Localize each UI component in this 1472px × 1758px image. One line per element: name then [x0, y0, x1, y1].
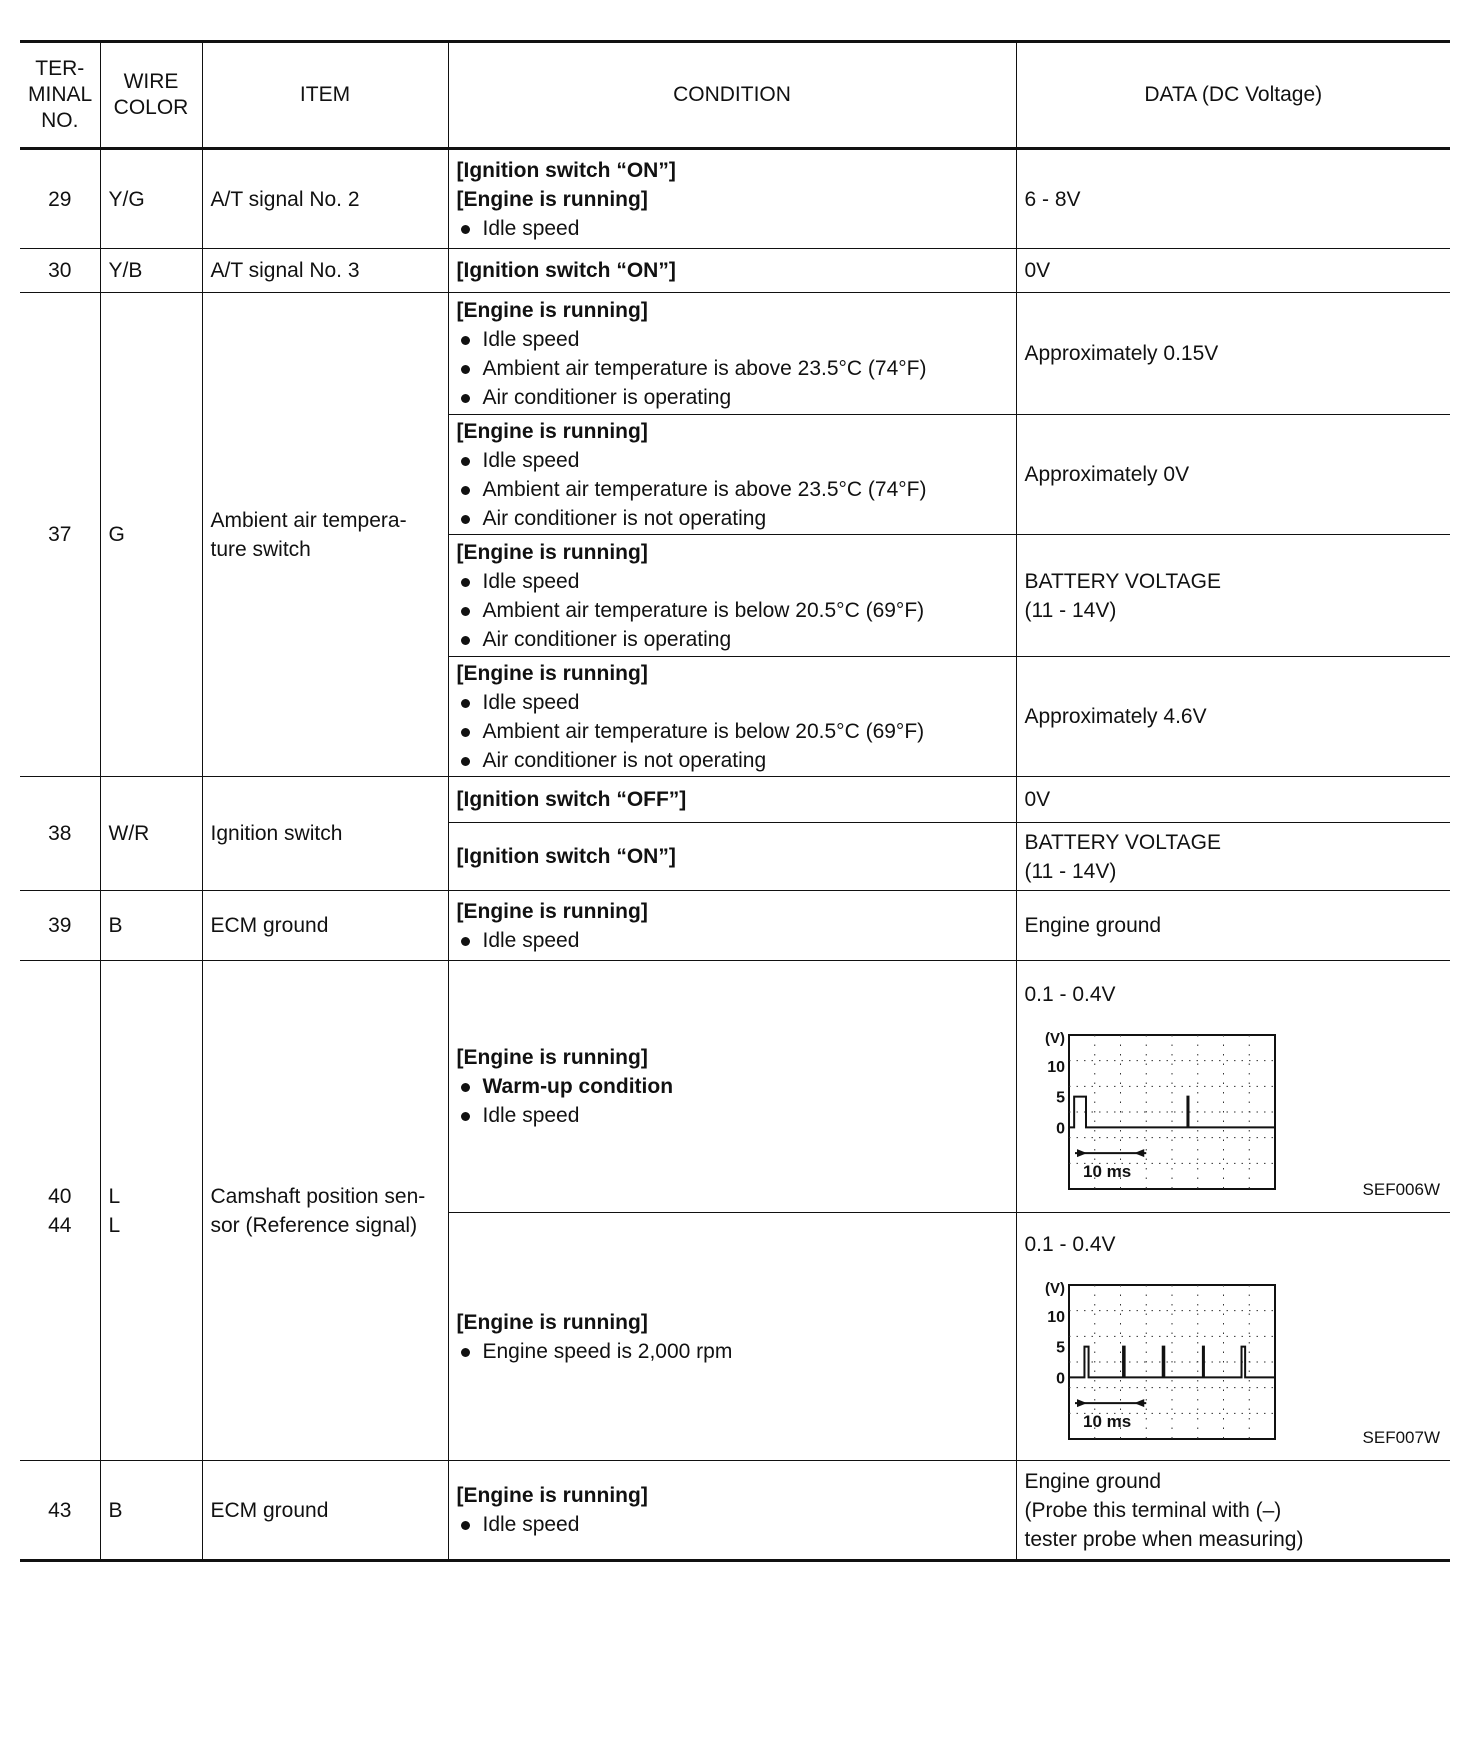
condition-heading: [Engine is running] — [457, 185, 1008, 214]
condition-bullet: Idle speed — [457, 1510, 1008, 1539]
header-data: DATA (DC Voltage) — [1016, 42, 1450, 149]
condition-cell: [Engine is running]Warm-up conditionIdle… — [448, 961, 1016, 1213]
svg-text:10 ms: 10 ms — [1083, 1412, 1131, 1431]
terminal-no-cell: 38 — [20, 777, 100, 891]
item-name: sor (Reference signal) — [211, 1214, 418, 1237]
condition-bullet: Ambient air temperature is below 20.5°C … — [457, 596, 1008, 625]
voltage-value: (11 - 14V) — [1025, 599, 1117, 622]
condition-bullet: Ambient air temperature is above 23.5°C … — [457, 475, 1008, 504]
condition-bullet: Idle speed — [457, 214, 1008, 243]
condition-cell: [Engine is running]Idle speedAmbient air… — [448, 657, 1016, 777]
data-voltage-cell: Approximately 4.6V — [1016, 657, 1450, 777]
voltage-value: 0.1 - 0.4V — [1025, 1230, 1443, 1259]
condition-heading: [Ignition switch “ON”] — [457, 842, 1008, 871]
data-voltage-cell: Engine ground(Probe this terminal with (… — [1016, 1461, 1450, 1561]
table-row: 43BECM ground[Engine is running]Idle spe… — [20, 1461, 1450, 1561]
data-voltage-cell: 0V — [1016, 777, 1450, 823]
condition-bullets: Idle speedAmbient air temperature is bel… — [457, 688, 1008, 775]
voltage-value: (11 - 14V) — [1025, 860, 1117, 883]
condition-cell: [Engine is running]Idle speedAmbient air… — [448, 293, 1016, 415]
item-cell: Ambient air tempera-ture switch — [202, 293, 448, 777]
voltage-value: BATTERY VOLTAGE — [1025, 570, 1221, 593]
condition-bullets: Idle speed — [457, 926, 1008, 955]
wire-color-cell: B — [100, 891, 202, 961]
header-terminal-line: TER- — [35, 57, 84, 80]
voltage-value: tester probe when measuring) — [1025, 1528, 1304, 1551]
table-row: 39BECM ground[Engine is running]Idle spe… — [20, 891, 1450, 961]
condition-bullet: Air conditioner is not operating — [457, 504, 1008, 533]
data-voltage-cell: 0.1 - 0.4V(V)105010 msSEF006W — [1016, 961, 1450, 1213]
terminal-no: 44 — [48, 1214, 71, 1237]
voltage-value: 0.1 - 0.4V — [1025, 980, 1443, 1009]
condition-cell: [Engine is running]Idle speed — [448, 1461, 1016, 1561]
terminal-no-cell: 39 — [20, 891, 100, 961]
item-cell: Camshaft position sen-sor (Reference sig… — [202, 961, 448, 1461]
condition-cell: [Ignition switch “ON”] — [448, 823, 1016, 891]
data-voltage-cell: Approximately 0.15V — [1016, 293, 1450, 415]
svg-text:10 ms: 10 ms — [1083, 1162, 1131, 1181]
condition-bullet: Idle speed — [457, 688, 1008, 717]
svg-text:(V): (V) — [1045, 1280, 1065, 1297]
header-terminal-line: NO. — [41, 109, 78, 132]
condition-heading: [Engine is running] — [457, 1481, 1008, 1510]
header-wire-line: WIRE — [124, 70, 179, 93]
header-wire-color: WIRE COLOR — [100, 42, 202, 149]
condition-bullets: Engine speed is 2,000 rpm — [457, 1337, 1008, 1366]
condition-bullet: Engine speed is 2,000 rpm — [457, 1337, 1008, 1366]
wire-color-cell: G — [100, 293, 202, 777]
item-cell: ECM ground — [202, 1461, 448, 1561]
table-row: 29Y/GA/T signal No. 2[Ignition switch “O… — [20, 149, 1450, 249]
svg-text:0: 0 — [1056, 1370, 1065, 1387]
condition-bullets: Idle speedAmbient air temperature is abo… — [457, 446, 1008, 533]
svg-text:10: 10 — [1047, 1309, 1065, 1326]
svg-text:(V): (V) — [1045, 1030, 1065, 1047]
voltage-value: Engine ground — [1025, 1470, 1162, 1493]
oscilloscope-waveform: (V)105010 ms — [1025, 1267, 1285, 1443]
header-wire-line: COLOR — [114, 96, 189, 119]
figure-code: SEF006W — [1363, 1175, 1440, 1204]
voltage-value: (Probe this terminal with (–) — [1025, 1499, 1282, 1522]
condition-heading: [Engine is running] — [457, 659, 1008, 688]
header-item: ITEM — [202, 42, 448, 149]
condition-bullet: Idle speed — [457, 926, 1008, 955]
condition-heading: [Engine is running] — [457, 1308, 1008, 1337]
condition-cell: [Engine is running]Engine speed is 2,000… — [448, 1213, 1016, 1461]
condition-cell: [Engine is running]Idle speedAmbient air… — [448, 415, 1016, 535]
svg-text:0: 0 — [1056, 1120, 1065, 1137]
condition-heading: [Engine is running] — [457, 1043, 1008, 1072]
condition-bullet: Air conditioner is not operating — [457, 746, 1008, 775]
condition-cell: [Engine is running]Idle speed — [448, 891, 1016, 961]
condition-heading: [Engine is running] — [457, 538, 1008, 567]
wire-color-cell: W/R — [100, 777, 202, 891]
condition-cell: [Ignition switch “ON”] — [448, 249, 1016, 293]
item-cell: A/T signal No. 3 — [202, 249, 448, 293]
condition-cell: [Ignition switch “ON”][Engine is running… — [448, 149, 1016, 249]
wire-color: L — [109, 1214, 121, 1237]
condition-heading: [Ignition switch “ON”] — [457, 256, 1008, 285]
condition-heading: [Engine is running] — [457, 417, 1008, 446]
condition-bullet: Idle speed — [457, 446, 1008, 475]
condition-heading: [Engine is running] — [457, 296, 1008, 325]
wire-color: L — [109, 1185, 121, 1208]
condition-bullet: Warm-up condition — [457, 1072, 1008, 1101]
data-voltage-cell: BATTERY VOLTAGE(11 - 14V) — [1016, 535, 1450, 657]
item-name: ture switch — [211, 538, 311, 561]
terminal-no-cell: 29 — [20, 149, 100, 249]
item-name: Camshaft position sen- — [211, 1185, 426, 1208]
data-voltage-cell: BATTERY VOLTAGE(11 - 14V) — [1016, 823, 1450, 891]
svg-text:5: 5 — [1056, 1340, 1065, 1357]
wire-color-cell: Y/G — [100, 149, 202, 249]
condition-cell: [Engine is running]Idle speedAmbient air… — [448, 535, 1016, 657]
terminal-no-cell: 30 — [20, 249, 100, 293]
condition-bullets: Idle speed — [457, 214, 1008, 243]
condition-bullets: Warm-up conditionIdle speed — [457, 1072, 1008, 1130]
condition-bullet: Idle speed — [457, 325, 1008, 354]
terminal-no-cell: 4044 — [20, 961, 100, 1461]
item-name: Ambient air tempera- — [211, 509, 407, 532]
terminal-no: 40 — [48, 1185, 71, 1208]
item-cell: Ignition switch — [202, 777, 448, 891]
oscilloscope-waveform: (V)105010 ms — [1025, 1017, 1285, 1193]
item-cell: ECM ground — [202, 891, 448, 961]
wire-color-cell: B — [100, 1461, 202, 1561]
header-terminal-no: TER- MINAL NO. — [20, 42, 100, 149]
table-row: 37GAmbient air tempera-ture switch[Engin… — [20, 293, 1450, 415]
data-voltage-cell: Engine ground — [1016, 891, 1450, 961]
header-terminal-line: MINAL — [28, 83, 92, 106]
voltage-value: BATTERY VOLTAGE — [1025, 831, 1221, 854]
figure-code: SEF007W — [1363, 1423, 1440, 1452]
table-header-row: TER- MINAL NO. WIRE COLOR ITEM CONDITION… — [20, 42, 1450, 149]
wire-color-cell: LL — [100, 961, 202, 1461]
item-cell: A/T signal No. 2 — [202, 149, 448, 249]
table-body: 29Y/GA/T signal No. 2[Ignition switch “O… — [20, 149, 1450, 1561]
table-row: 4044LLCamshaft position sen-sor (Referen… — [20, 961, 1450, 1213]
table-row: 30Y/BA/T signal No. 3[Ignition switch “O… — [20, 249, 1450, 293]
condition-bullet: Air conditioner is operating — [457, 383, 1008, 412]
data-voltage-cell: 0V — [1016, 249, 1450, 293]
condition-heading: [Ignition switch “ON”] — [457, 156, 1008, 185]
data-voltage-cell: 6 - 8V — [1016, 149, 1450, 249]
svg-text:10: 10 — [1047, 1059, 1065, 1076]
condition-heading: [Engine is running] — [457, 897, 1008, 926]
condition-bullets: Idle speedAmbient air temperature is bel… — [457, 567, 1008, 654]
terminal-no-cell: 43 — [20, 1461, 100, 1561]
header-condition: CONDITION — [448, 42, 1016, 149]
data-voltage-cell: 0.1 - 0.4V(V)105010 msSEF007W — [1016, 1213, 1450, 1461]
condition-heading: [Ignition switch “OFF”] — [457, 785, 1008, 814]
table-row: 38W/RIgnition switch[Ignition switch “OF… — [20, 777, 1450, 823]
condition-cell: [Ignition switch “OFF”] — [448, 777, 1016, 823]
terminal-no-cell: 37 — [20, 293, 100, 777]
wire-color-cell: Y/B — [100, 249, 202, 293]
condition-bullets: Idle speedAmbient air temperature is abo… — [457, 325, 1008, 412]
data-voltage-cell: Approximately 0V — [1016, 415, 1450, 535]
condition-bullet: Idle speed — [457, 1101, 1008, 1130]
svg-text:5: 5 — [1056, 1090, 1065, 1107]
ecm-terminal-table: TER- MINAL NO. WIRE COLOR ITEM CONDITION… — [20, 40, 1450, 1562]
condition-bullet: Air conditioner is operating — [457, 625, 1008, 654]
condition-bullet: Ambient air temperature is above 23.5°C … — [457, 354, 1008, 383]
condition-bullets: Idle speed — [457, 1510, 1008, 1539]
condition-bullet: Idle speed — [457, 567, 1008, 596]
condition-bullet: Ambient air temperature is below 20.5°C … — [457, 717, 1008, 746]
